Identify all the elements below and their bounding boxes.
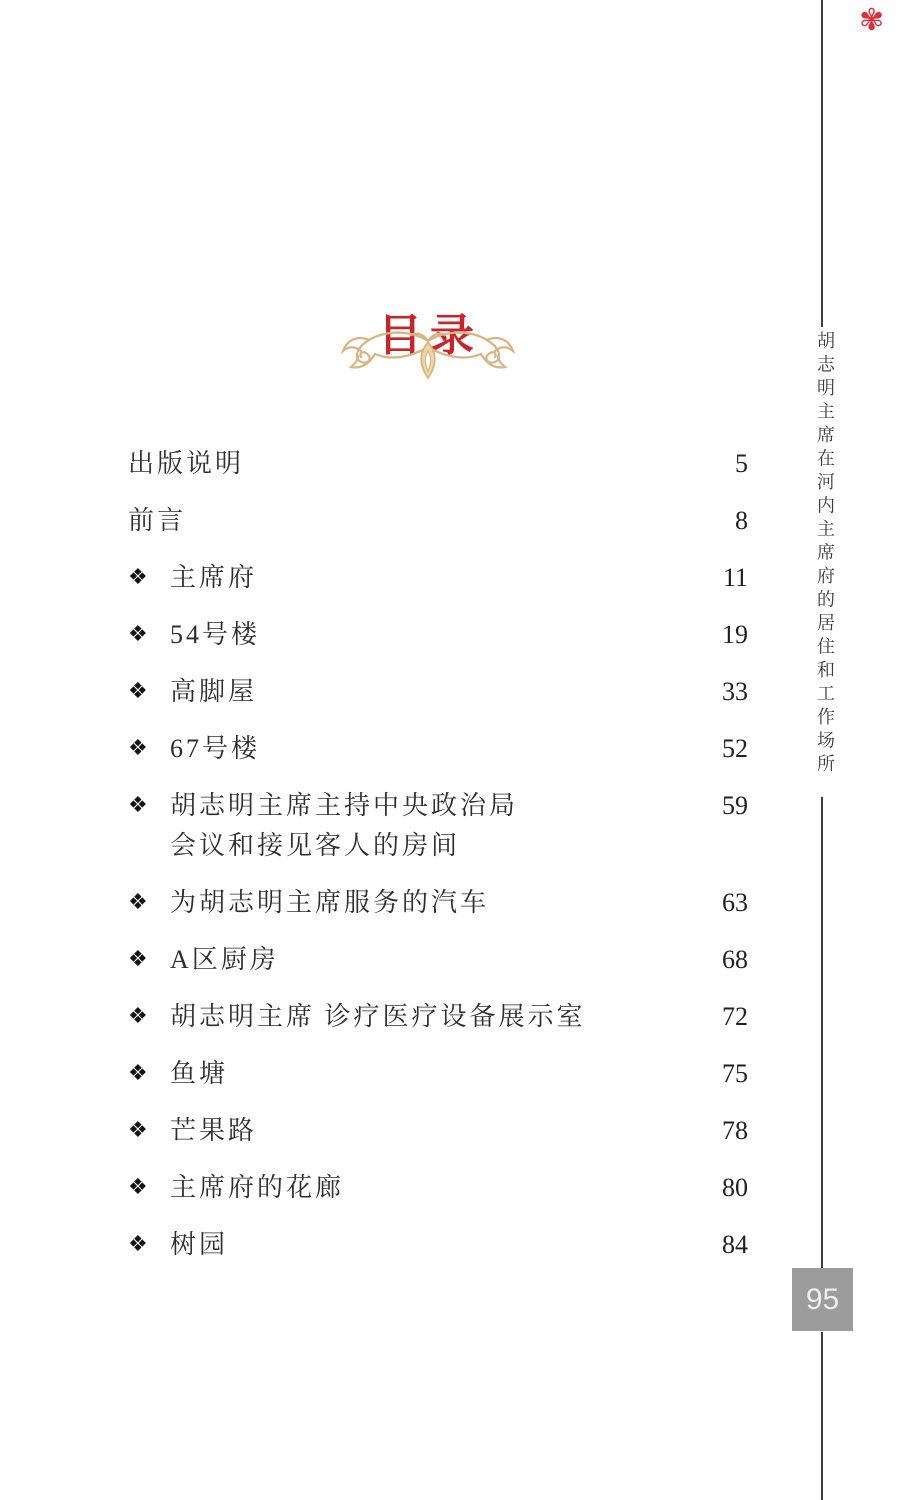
toc-entry: ❖ 54号楼 19 [128,615,748,655]
sidebar-rule-bottom [821,1332,823,1500]
sidebar-book-title: 胡志明主席在河内主席府的居住和工作场所 [812,331,838,801]
toc-entry-page-number: 84 [692,1225,748,1265]
toc-entry-title: 为胡志明主席服务的汽车 [170,883,692,923]
diamond-bullet-icon: ❖ [128,615,170,655]
toc-entry: 出版说明 5 [128,444,748,484]
toc-entry: ❖ A区厨房 68 [128,940,748,980]
toc-entry: ❖ 为胡志明主席服务的汽车 63 [128,883,748,923]
toc-entry-title: 54号楼 [170,615,692,655]
toc-entry-title: 67号楼 [170,729,692,769]
toc-entry: ❖ 主席府 11 [128,558,748,598]
toc-entry-title: 芒果路 [170,1111,692,1151]
toc-entry-page-number: 63 [692,883,748,923]
toc-entry-page-number: 52 [692,729,748,769]
toc-entry-page-number: 75 [692,1054,748,1094]
toc-entry: ❖ 芒果路 78 [128,1111,748,1151]
diamond-bullet-icon: ❖ [128,997,170,1037]
page-number-badge: 95 [792,1268,853,1331]
diamond-bullet-icon: ❖ [128,1225,170,1265]
toc-entry: ❖ 高脚屋 33 [128,672,748,712]
diamond-bullet-icon: ❖ [128,558,170,598]
diamond-bullet-icon: ❖ [128,1168,170,1208]
sidebar-rule-top [821,0,823,327]
toc-entry: ❖ 树园 84 [128,1225,748,1265]
diamond-bullet-icon: ❖ [128,786,170,826]
toc-entry-title: 树园 [170,1225,692,1265]
toc-entry-page-number: 68 [692,940,748,980]
toc-entry-page-number: 5 [692,444,748,484]
toc-entry-page-number: 33 [692,672,748,712]
toc-entry-title: 出版说明 [128,444,692,484]
toc-entry-title: 胡志明主席 诊疗医疗设备展示室 [170,997,692,1037]
toc-entry: ❖ 67号楼 52 [128,729,748,769]
diamond-bullet-icon: ❖ [128,1111,170,1151]
toc-entry-page-number: 11 [692,558,748,598]
toc-entry-title: 主席府 [170,558,692,598]
toc-entry-page-number: 8 [692,501,748,541]
toc-entry-title: 前言 [128,501,692,541]
toc-entry-title: A区厨房 [170,940,692,980]
toc-entry-page-number: 80 [692,1168,748,1208]
toc-entry-title: 高脚屋 [170,672,692,712]
diamond-bullet-icon: ❖ [128,672,170,712]
toc-entry-title: 主席府的花廊 [170,1168,692,1208]
toc-entry-page-number: 59 [692,786,748,826]
toc-entry-page-number: 72 [692,997,748,1037]
ornament-flourish-icon [339,326,517,380]
toc-entry: ❖ 胡志明主席主持中央政治局 会议和接见客人的房间 59 [128,786,748,866]
diamond-bullet-icon: ❖ [128,940,170,980]
toc-list: 出版说明 5 前言 8 ❖ 主席府 11 ❖ 54号楼 19 ❖ 高脚屋 33 … [128,444,748,1265]
red-flower-icon: ✾ [859,6,884,36]
diamond-bullet-icon: ❖ [128,883,170,923]
diamond-bullet-icon: ❖ [128,729,170,769]
toc-entry: ❖ 主席府的花廊 80 [128,1168,748,1208]
toc-entry-title: 鱼塘 [170,1054,692,1094]
diamond-bullet-icon: ❖ [128,1054,170,1094]
toc-entry-title: 胡志明主席主持中央政治局 会议和接见客人的房间 [170,786,692,866]
toc-entry: ❖ 胡志明主席 诊疗医疗设备展示室 72 [128,997,748,1037]
sidebar-rule-middle [821,797,823,1268]
toc-entry: 前言 8 [128,501,748,541]
book-toc-page: ✾ 胡志明主席在河内主席府的居住和工作场所 95 目录 [0,0,911,1500]
toc-entry-page-number: 19 [692,615,748,655]
toc-entry: ❖ 鱼塘 75 [128,1054,748,1094]
toc-entry-page-number: 78 [692,1111,748,1151]
